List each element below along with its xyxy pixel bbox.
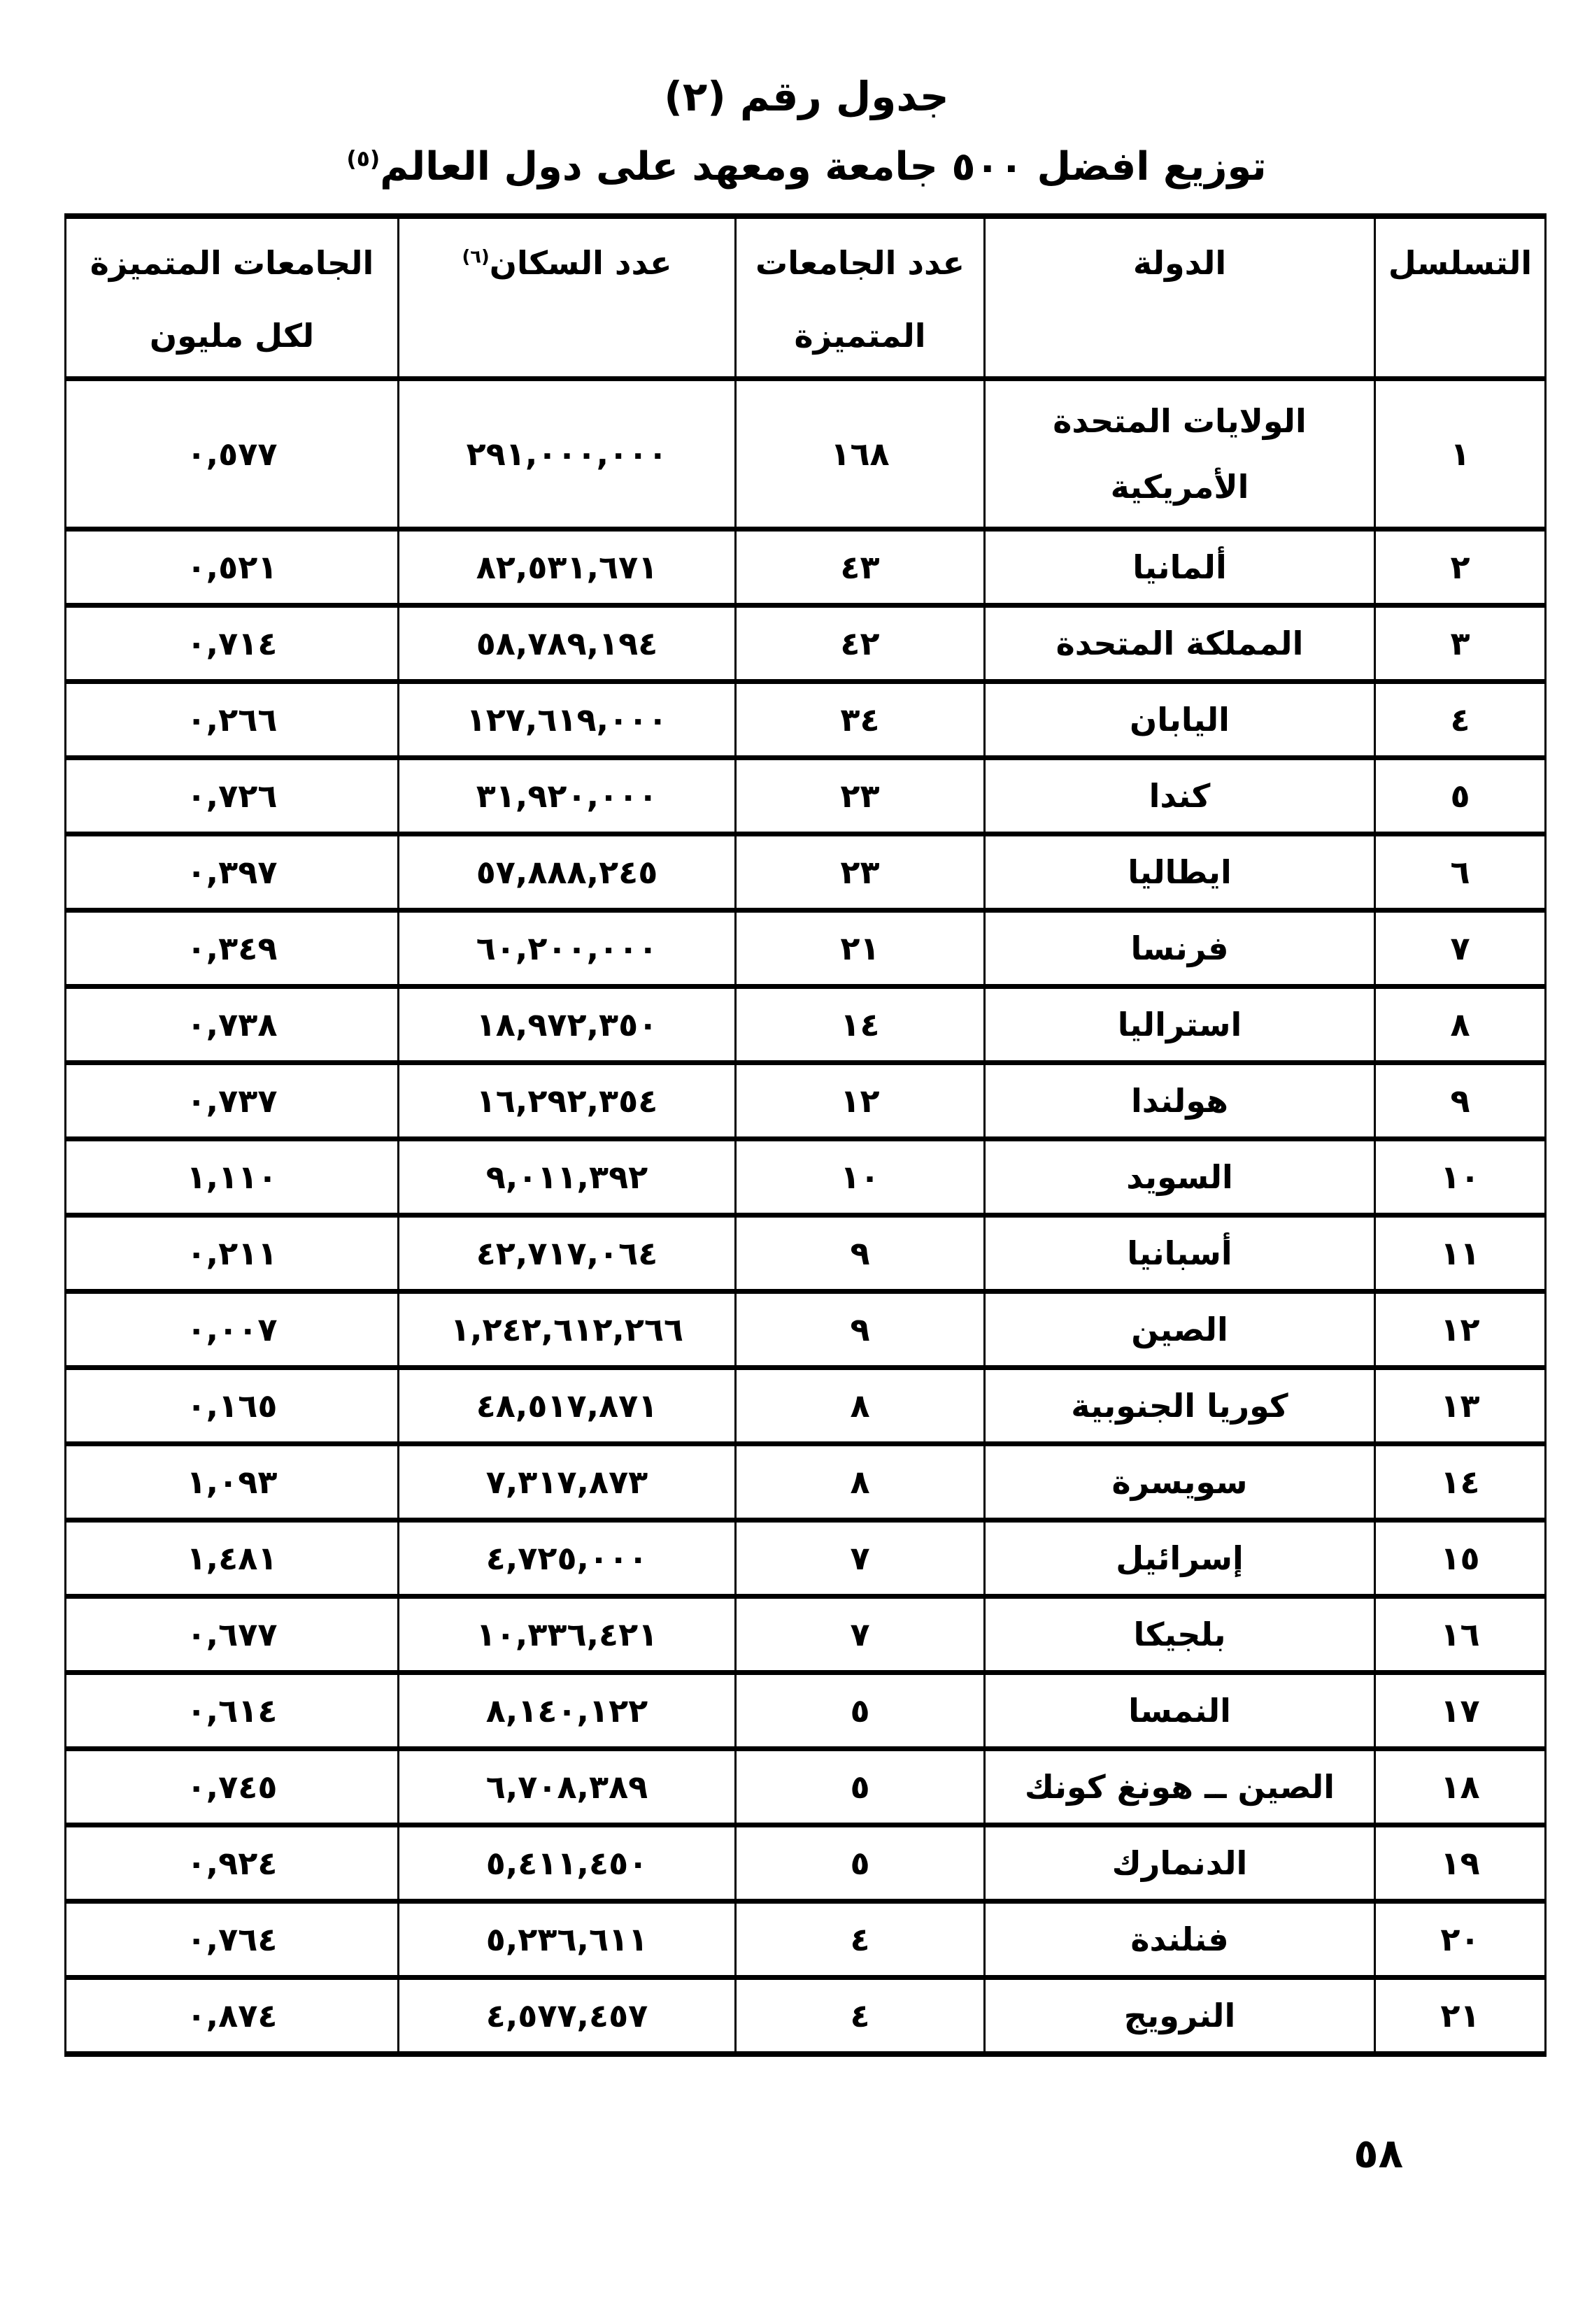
cell-serial: ٢٠: [1375, 1902, 1546, 1978]
cell-country: الصين ــ هونغ كونك: [985, 1749, 1375, 1825]
cell-population: ٣١,٩٢٠,٠٠٠: [399, 758, 736, 834]
cell-universities: ٤٢: [736, 606, 985, 682]
cell-serial: ١٠: [1375, 1139, 1546, 1216]
cell-population: ١٦,٢٩٢,٣٥٤: [399, 1063, 736, 1139]
cell-serial: ٤: [1375, 682, 1546, 758]
cell-population: ٥,٢٣٦,٦١١: [399, 1902, 736, 1978]
document-page: جدول رقم (٢) توزيع افضل ٥٠٠ جامعة ومعهد …: [66, 73, 1547, 2177]
table-row: ٩ هولندا ١٢ ١٦,٢٩٢,٣٥٤ ٠,٧٣٧: [66, 1063, 1546, 1139]
cell-universities: ٩: [736, 1216, 985, 1292]
cell-universities: ١٤: [736, 987, 985, 1063]
cell-population: ٢٩١,٠٠٠,٠٠٠: [399, 379, 736, 529]
cell-population: ٤٨,٥١٧,٨٧١: [399, 1368, 736, 1444]
header-country: الدولة: [985, 216, 1375, 379]
cell-country: سويسرة: [985, 1444, 1375, 1520]
header-row: التسلسل الدولة عدد الجامعات المتميزة عدد…: [66, 216, 1546, 379]
cell-universities: ٧: [736, 1520, 985, 1597]
table-caption: توزيع افضل ٥٠٠ جامعة ومعهد على دول العال…: [66, 144, 1547, 190]
table-row: ٦ ايطاليا ٢٣ ٥٧,٨٨٨,٢٤٥ ٠,٣٩٧: [66, 834, 1546, 911]
cell-serial: ١٤: [1375, 1444, 1546, 1520]
header-population-text: عدد السكان: [490, 244, 672, 282]
table-row: ٢٠ فنلندة ٤ ٥,٢٣٦,٦١١ ٠,٧٦٤: [66, 1902, 1546, 1978]
cell-country: استراليا: [985, 987, 1375, 1063]
footnote-ref-6: (٦): [462, 247, 489, 268]
cell-population: ٥,٤١١,٤٥٠: [399, 1825, 736, 1902]
cell-per-million: ١,٤٨١: [66, 1520, 399, 1597]
cell-per-million: ٠,٧٣٧: [66, 1063, 399, 1139]
footnote-ref-5: (٥): [346, 146, 380, 171]
cell-serial: ١٥: [1375, 1520, 1546, 1597]
cell-per-million: ٠,٥٧٧: [66, 379, 399, 529]
header-population: عدد السكان(٦): [399, 216, 736, 379]
cell-population: ٥٨,٧٨٩,١٩٤: [399, 606, 736, 682]
cell-population: ١,٢٤٢,٦١٢,٢٦٦: [399, 1292, 736, 1368]
cell-serial: ١٩: [1375, 1825, 1546, 1902]
table-row: ٤ اليابان ٣٤ ١٢٧,٦١٩,٠٠٠ ٠,٢٦٦: [66, 682, 1546, 758]
cell-population: ٨٢,٥٣١,٦٧١: [399, 529, 736, 606]
cell-serial: ٧: [1375, 911, 1546, 987]
table-row: ١٩ الدنمارك ٥ ٥,٤١١,٤٥٠ ٠,٩٢٤: [66, 1825, 1546, 1902]
cell-per-million: ٠,٧٢٦: [66, 758, 399, 834]
cell-universities: ٢١: [736, 911, 985, 987]
cell-country: كوريا الجنوبية: [985, 1368, 1375, 1444]
cell-population: ٩,٠١١,٣٩٢: [399, 1139, 736, 1216]
cell-per-million: ٠,٧٦٤: [66, 1902, 399, 1978]
cell-country: إسرائيل: [985, 1520, 1375, 1597]
table-body: ١ الولايات المتحدة الأمريكية ١٦٨ ٢٩١,٠٠٠…: [66, 379, 1546, 2055]
header-universities-line2: المتميزة: [741, 300, 979, 373]
cell-universities: ٩: [736, 1292, 985, 1368]
cell-country: اليابان: [985, 682, 1375, 758]
cell-population: ٤٢,٧١٧,٠٦٤: [399, 1216, 736, 1292]
cell-universities: ١٦٨: [736, 379, 985, 529]
cell-country: أسبانيا: [985, 1216, 1375, 1292]
cell-per-million: ٠,٨٧٤: [66, 1978, 399, 2055]
cell-country: الدنمارك: [985, 1825, 1375, 1902]
cell-universities: ٢٣: [736, 758, 985, 834]
cell-per-million: ٠,٣٤٩: [66, 911, 399, 987]
table-row: ١٦ بلجيكا ٧ ١٠,٣٣٦,٤٢١ ٠,٦٧٧: [66, 1597, 1546, 1673]
cell-per-million: ٠,٢١١: [66, 1216, 399, 1292]
cell-country: ايطاليا: [985, 834, 1375, 911]
table-row: ٥ كندا ٢٣ ٣١,٩٢٠,٠٠٠ ٠,٧٢٦: [66, 758, 1546, 834]
table-row: ٣ المملكة المتحدة ٤٢ ٥٨,٧٨٩,١٩٤ ٠,٧١٤: [66, 606, 1546, 682]
cell-universities: ٨: [736, 1444, 985, 1520]
cell-serial: ١٦: [1375, 1597, 1546, 1673]
header-per-million-line2: لكل مليون: [71, 300, 393, 373]
cell-per-million: ٠,٧٤٥: [66, 1749, 399, 1825]
cell-population: ٦٠,٢٠٠,٠٠٠: [399, 911, 736, 987]
cell-universities: ٥: [736, 1825, 985, 1902]
cell-population: ٤,٧٢٥,٠٠٠: [399, 1520, 736, 1597]
cell-country: المملكة المتحدة: [985, 606, 1375, 682]
cell-per-million: ٠,٥٢١: [66, 529, 399, 606]
cell-per-million: ٠,٠٠٧: [66, 1292, 399, 1368]
cell-universities: ٤٣: [736, 529, 985, 606]
cell-per-million: ٠,٧٣٨: [66, 987, 399, 1063]
cell-country: هولندا: [985, 1063, 1375, 1139]
cell-serial: ٢: [1375, 529, 1546, 606]
cell-population: ٦,٧٠٨,٣٨٩: [399, 1749, 736, 1825]
table-row: ١٠ السويد ١٠ ٩,٠١١,٣٩٢ ١,١١٠: [66, 1139, 1546, 1216]
table-number-title: جدول رقم (٢): [66, 73, 1547, 120]
cell-per-million: ٠,٣٩٧: [66, 834, 399, 911]
table-row: ٧ فرنسا ٢١ ٦٠,٢٠٠,٠٠٠ ٠,٣٤٩: [66, 911, 1546, 987]
cell-country: السويد: [985, 1139, 1375, 1216]
page-number: ٥٨: [66, 2130, 1547, 2177]
table-row: ٢١ النرويج ٤ ٤,٥٧٧,٤٥٧ ٠,٨٧٤: [66, 1978, 1546, 2055]
header-per-million: الجامعات المتميزة لكل مليون: [66, 216, 399, 379]
table-row: ١٥ إسرائيل ٧ ٤,٧٢٥,٠٠٠ ١,٤٨١: [66, 1520, 1546, 1597]
header-universities: عدد الجامعات المتميزة: [736, 216, 985, 379]
cell-population: ٥٧,٨٨٨,٢٤٥: [399, 834, 736, 911]
cell-universities: ٧: [736, 1597, 985, 1673]
cell-universities: ٨: [736, 1368, 985, 1444]
cell-universities: ٣٤: [736, 682, 985, 758]
cell-serial: ٥: [1375, 758, 1546, 834]
table-row: ١ الولايات المتحدة الأمريكية ١٦٨ ٢٩١,٠٠٠…: [66, 379, 1546, 529]
cell-population: ١٨,٩٧٢,٣٥٠: [399, 987, 736, 1063]
cell-per-million: ٠,٦٧٧: [66, 1597, 399, 1673]
cell-country: كندا: [985, 758, 1375, 834]
header-universities-line1: عدد الجامعات: [741, 227, 979, 300]
table-caption-text: توزيع افضل ٥٠٠ جامعة ومعهد على دول العال…: [380, 144, 1266, 190]
cell-per-million: ٠,١٦٥: [66, 1368, 399, 1444]
table-row: ١٧ النمسا ٥ ٨,١٤٠,١٢٢ ٠,٦١٤: [66, 1673, 1546, 1749]
title-block: جدول رقم (٢) توزيع افضل ٥٠٠ جامعة ومعهد …: [66, 73, 1547, 190]
universities-distribution-table: التسلسل الدولة عدد الجامعات المتميزة عدد…: [64, 213, 1547, 2057]
cell-serial: ١٣: [1375, 1368, 1546, 1444]
cell-universities: ٥: [736, 1749, 985, 1825]
table-row: ١٨ الصين ــ هونغ كونك ٥ ٦,٧٠٨,٣٨٩ ٠,٧٤٥: [66, 1749, 1546, 1825]
cell-country: ألمانيا: [985, 529, 1375, 606]
cell-country: النرويج: [985, 1978, 1375, 2055]
cell-per-million: ١,١١٠: [66, 1139, 399, 1216]
cell-per-million: ٠,٦١٤: [66, 1673, 399, 1749]
table-row: ١٣ كوريا الجنوبية ٨ ٤٨,٥١٧,٨٧١ ٠,١٦٥: [66, 1368, 1546, 1444]
table-row: ٢ ألمانيا ٤٣ ٨٢,٥٣١,٦٧١ ٠,٥٢١: [66, 529, 1546, 606]
cell-serial: ٣: [1375, 606, 1546, 682]
cell-serial: ٨: [1375, 987, 1546, 1063]
cell-country: النمسا: [985, 1673, 1375, 1749]
cell-serial: ٦: [1375, 834, 1546, 911]
cell-per-million: ٠,٧١٤: [66, 606, 399, 682]
cell-country: فرنسا: [985, 911, 1375, 987]
cell-universities: ١٢: [736, 1063, 985, 1139]
cell-population: ١٢٧,٦١٩,٠٠٠: [399, 682, 736, 758]
cell-serial: ١٢: [1375, 1292, 1546, 1368]
cell-serial: ٩: [1375, 1063, 1546, 1139]
cell-country: الصين: [985, 1292, 1375, 1368]
cell-country: فنلندة: [985, 1902, 1375, 1978]
header-per-million-line1: الجامعات المتميزة: [71, 227, 393, 300]
cell-per-million: ٠,٢٦٦: [66, 682, 399, 758]
cell-population: ٨,١٤٠,١٢٢: [399, 1673, 736, 1749]
cell-serial: ١: [1375, 379, 1546, 529]
cell-country: بلجيكا: [985, 1597, 1375, 1673]
cell-serial: ١٧: [1375, 1673, 1546, 1749]
cell-universities: ٤: [736, 1978, 985, 2055]
table-row: ٨ استراليا ١٤ ١٨,٩٧٢,٣٥٠ ٠,٧٣٨: [66, 987, 1546, 1063]
header-serial: التسلسل: [1375, 216, 1546, 379]
cell-universities: ١٠: [736, 1139, 985, 1216]
cell-country: الولايات المتحدة الأمريكية: [985, 379, 1375, 529]
cell-universities: ٤: [736, 1902, 985, 1978]
table-row: ١٤ سويسرة ٨ ٧,٣١٧,٨٧٣ ١,٠٩٣: [66, 1444, 1546, 1520]
table-row: ١١ أسبانيا ٩ ٤٢,٧١٧,٠٦٤ ٠,٢١١: [66, 1216, 1546, 1292]
cell-population: ٤,٥٧٧,٤٥٧: [399, 1978, 736, 2055]
cell-per-million: ١,٠٩٣: [66, 1444, 399, 1520]
cell-serial: ١١: [1375, 1216, 1546, 1292]
cell-universities: ٥: [736, 1673, 985, 1749]
cell-serial: ١٨: [1375, 1749, 1546, 1825]
cell-serial: ٢١: [1375, 1978, 1546, 2055]
table-row: ١٢ الصين ٩ ١,٢٤٢,٦١٢,٢٦٦ ٠,٠٠٧: [66, 1292, 1546, 1368]
cell-population: ١٠,٣٣٦,٤٢١: [399, 1597, 736, 1673]
cell-per-million: ٠,٩٢٤: [66, 1825, 399, 1902]
cell-universities: ٢٣: [736, 834, 985, 911]
cell-population: ٧,٣١٧,٨٧٣: [399, 1444, 736, 1520]
